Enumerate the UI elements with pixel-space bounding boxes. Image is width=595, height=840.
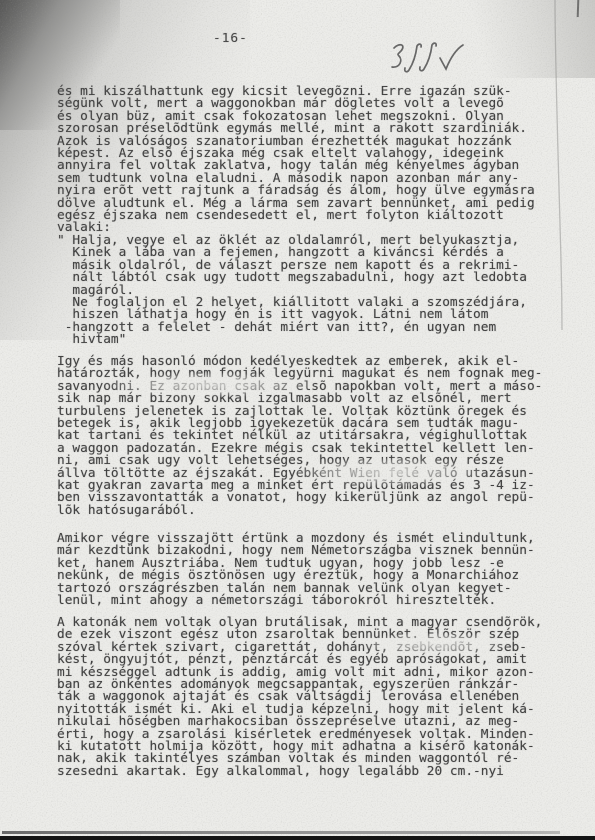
scan-bottom-band [0,836,595,840]
scanned-document-page: -16- és mi kiszálhattunk egy kicsit leve… [0,0,595,840]
page-bottom-edge [2,831,560,834]
paragraph-mood: Igy és más hasonló módon kedélyeskedtek … [57,356,542,517]
paragraph-arrival: és mi kiszálhattunk egy kicsit levegõzni… [57,86,535,347]
paragraph-hope: Amikor végre visszajött értünk a mozdony… [57,533,535,607]
typed-text: és mi kiszálhattunk egy kicsit levegõzni… [0,0,595,840]
paragraph-soldiers: A katonák nem voltak olyan brutálisak, m… [57,617,542,778]
